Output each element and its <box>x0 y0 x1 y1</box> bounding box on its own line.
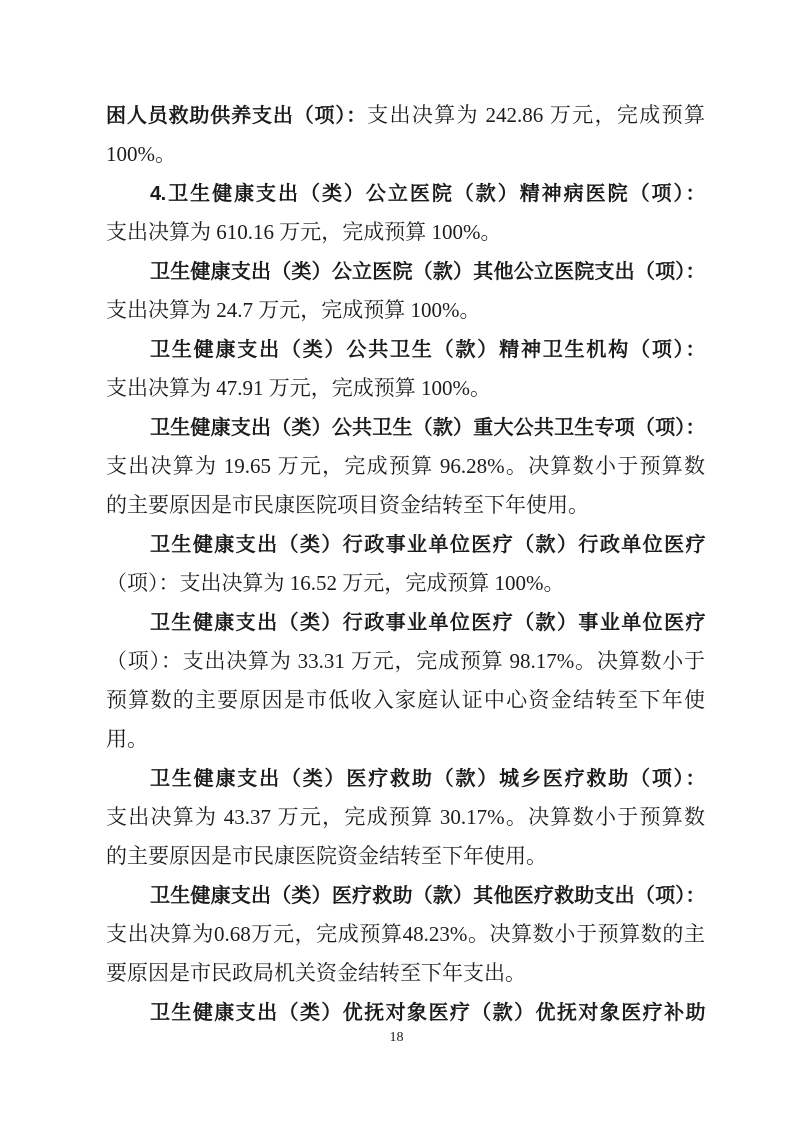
paragraph: 卫生健康支出（类）公立医院（款）其他公立医院支出（项）：支出决算为 24.7 万… <box>106 252 705 330</box>
paragraph: 卫生健康支出（类）行政事业单位医疗（款）事业单位医疗（项）：支出决算为 33.3… <box>106 603 705 759</box>
entry-body-text: 的主要原因是市民康医院项目资金结转至下年使用。 <box>106 493 589 517</box>
text-line: （项）：支出决算为 16.52 万元，完成预算 100%。 <box>106 564 705 603</box>
text-line: 预算数的主要原因是市低收入家庭认证中心资金结转至下年使 <box>106 681 705 720</box>
entry-heading-text: 卫生健康支出（类）医疗救助（款）其他医疗救助支出（项）： <box>150 885 705 907</box>
entry-heading-text: 卫生健康支出（类）公共卫生（款）精神卫生机构（项）： <box>150 339 705 361</box>
entry-body-text: 的主要原因是市民康医院资金结转至下年使用。 <box>106 844 547 868</box>
entry-body-text: 支出决算为0.68万元，完成预算48.23%。决算数小于预算数的主 <box>106 922 705 946</box>
text-line: 支出决算为 610.16 万元，完成预算 100%。 <box>106 213 705 252</box>
entry-body-text: （项）：支出决算为 33.31 万元，完成预算 98.17%。决算数小于 <box>106 649 705 673</box>
text-line: 困人员救助供养支出（项）：支出决算为 242.86 万元，完成预算 <box>106 96 705 135</box>
entry-body-text: 用。 <box>106 727 148 751</box>
text-line: 要原因是市民政局机关资金结转至下年支出。 <box>106 954 705 993</box>
text-line: 卫生健康支出（类）公共卫生（款）重大公共卫生专项（项）： <box>106 408 705 447</box>
text-line: 4.卫生健康支出（类）公立医院（款）精神病医院（项）： <box>106 174 705 213</box>
entry-body-text: 支出决算为 242.86 万元，完成预算 <box>367 103 705 127</box>
entry-body-text: 支出决算为 610.16 万元，完成预算 100%。 <box>106 220 502 244</box>
entry-body-text: 支出决算为 47.91 万元，完成预算 100%。 <box>106 376 491 400</box>
document-page: 困人员救助供养支出（项）：支出决算为 242.86 万元，完成预算100%。4.… <box>0 0 793 1122</box>
entry-body-text: 支出决算为 43.37 万元，完成预算 30.17%。决算数小于预算数 <box>106 805 705 829</box>
text-line: 的主要原因是市民康医院项目资金结转至下年使用。 <box>106 486 705 525</box>
text-line: 卫生健康支出（类）医疗救助（款）城乡医疗救助（项）： <box>106 759 705 798</box>
paragraph: 困人员救助供养支出（项）：支出决算为 242.86 万元，完成预算100%。 <box>106 96 705 174</box>
entry-body-text: 100%。 <box>106 142 176 166</box>
text-line: 卫生健康支出（类）行政事业单位医疗（款）事业单位医疗 <box>106 603 705 642</box>
page-number: 18 <box>0 1028 793 1048</box>
paragraph: 卫生健康支出（类）优抚对象医疗（款）优抚对象医疗补助 <box>106 993 705 1032</box>
document-body: 困人员救助供养支出（项）：支出决算为 242.86 万元，完成预算100%。4.… <box>106 96 705 1032</box>
paragraph: 4.卫生健康支出（类）公立医院（款）精神病医院（项）：支出决算为 610.16 … <box>106 174 705 252</box>
entry-body-text: （项）：支出决算为 16.52 万元，完成预算 100%。 <box>106 571 565 595</box>
entry-body-text: 预算数的主要原因是市低收入家庭认证中心资金结转至下年使 <box>106 688 705 712</box>
paragraph: 卫生健康支出（类）医疗救助（款）其他医疗救助支出（项）：支出决算为0.68万元，… <box>106 876 705 993</box>
text-line: 100%。 <box>106 135 705 174</box>
text-line: 用。 <box>106 720 705 759</box>
text-line: 支出决算为 24.7 万元，完成预算 100%。 <box>106 291 705 330</box>
paragraph: 卫生健康支出（类）行政事业单位医疗（款）行政单位医疗（项）：支出决算为 16.5… <box>106 525 705 603</box>
text-line: 支出决算为 19.65 万元，完成预算 96.28%。决算数小于预算数 <box>106 447 705 486</box>
entry-heading-text: 卫生健康支出（类）行政事业单位医疗（款）行政单位医疗 <box>150 534 705 556</box>
entry-heading-text: 卫生健康支出（类）行政事业单位医疗（款）事业单位医疗 <box>150 612 705 634</box>
entry-heading-text: 卫生健康支出（类）医疗救助（款）城乡医疗救助（项）： <box>150 768 705 790</box>
entry-heading-text: 卫生健康支出（类）公共卫生（款）重大公共卫生专项（项）： <box>150 417 705 439</box>
text-line: 卫生健康支出（类）优抚对象医疗（款）优抚对象医疗补助 <box>106 993 705 1032</box>
entry-body-text: 支出决算为 19.65 万元，完成预算 96.28%。决算数小于预算数 <box>106 454 705 478</box>
text-line: 支出决算为 47.91 万元，完成预算 100%。 <box>106 369 705 408</box>
entry-heading-text: 卫生健康支出（类）公立医院（款）其他公立医院支出（项）： <box>150 261 705 283</box>
text-line: 卫生健康支出（类）行政事业单位医疗（款）行政单位医疗 <box>106 525 705 564</box>
paragraph: 卫生健康支出（类）公共卫生（款）重大公共卫生专项（项）：支出决算为 19.65 … <box>106 408 705 525</box>
entry-heading-text: 4.卫生健康支出（类）公立医院（款）精神病医院（项）： <box>150 183 705 205</box>
text-line: 的主要原因是市民康医院资金结转至下年使用。 <box>106 837 705 876</box>
paragraph: 卫生健康支出（类）医疗救助（款）城乡医疗救助（项）：支出决算为 43.37 万元… <box>106 759 705 876</box>
text-line: 卫生健康支出（类）公共卫生（款）精神卫生机构（项）： <box>106 330 705 369</box>
text-line: 支出决算为 43.37 万元，完成预算 30.17%。决算数小于预算数 <box>106 798 705 837</box>
entry-body-text: 要原因是市民政局机关资金结转至下年支出。 <box>106 961 526 985</box>
entry-body-text: 支出决算为 24.7 万元，完成预算 100%。 <box>106 298 481 322</box>
entry-heading-text: 困人员救助供养支出（项）： <box>106 105 367 127</box>
text-line: 卫生健康支出（类）医疗救助（款）其他医疗救助支出（项）： <box>106 876 705 915</box>
entry-heading-text: 卫生健康支出（类）优抚对象医疗（款）优抚对象医疗补助 <box>150 1002 705 1024</box>
text-line: 卫生健康支出（类）公立医院（款）其他公立医院支出（项）： <box>106 252 705 291</box>
text-line: 支出决算为0.68万元，完成预算48.23%。决算数小于预算数的主 <box>106 915 705 954</box>
paragraph: 卫生健康支出（类）公共卫生（款）精神卫生机构（项）：支出决算为 47.91 万元… <box>106 330 705 408</box>
text-line: （项）：支出决算为 33.31 万元，完成预算 98.17%。决算数小于 <box>106 642 705 681</box>
